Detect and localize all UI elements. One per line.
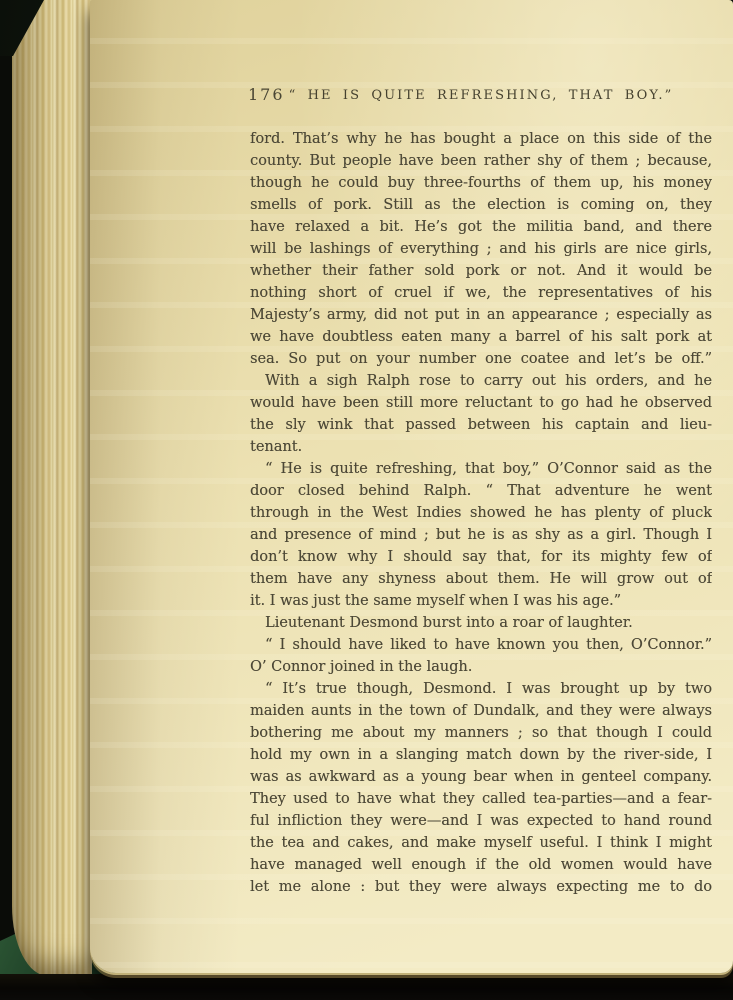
text-line: tenant. [250, 436, 712, 458]
text-line: the tea and cakes, and make myself usefu… [250, 832, 712, 854]
text-line: nothing short of cruel if we, the repres… [250, 282, 712, 304]
text-line: door closed behind Ralph. “ That adventu… [250, 480, 712, 502]
text-line: it. I was just the same myself when I wa… [250, 590, 712, 612]
text-line: “ He is quite refreshing, that boy,” O’C… [250, 458, 712, 480]
text-line: the sly wink that passed between his cap… [250, 414, 712, 436]
text-line: bothering me about my manners ; so that … [250, 722, 712, 744]
page-header: 176 “ HE IS QUITE REFRESHING, THAT BOY.” [250, 84, 712, 108]
text-line: let me alone : but they were always expe… [250, 876, 712, 898]
text-line: and presence of mind ; but he is as shy … [250, 524, 712, 546]
text-line: O’ Connor joined in the laugh. [250, 656, 712, 678]
text-line: Majesty’s army, did not put in an appear… [250, 304, 712, 326]
text-line: sea. So put on your number one coatee an… [250, 348, 712, 370]
text-line: They used to have what they called tea-p… [250, 788, 712, 810]
table-surface-strip [0, 974, 733, 1000]
text-line: maiden aunts in the town of Dundalk, and… [250, 700, 712, 722]
text-line: ford. That’s why he has bought a place o… [250, 128, 712, 150]
text-line: county. But people have been rather shy … [250, 150, 712, 172]
page-number: 176 [248, 85, 285, 104]
text-line: was as awkward as a young bear when in g… [250, 766, 712, 788]
book-photo-scene: 176 “ HE IS QUITE REFRESHING, THAT BOY.”… [0, 0, 733, 1000]
text-line: through in the West Indies showed he has… [250, 502, 712, 524]
text-line: have managed well enough if the old wome… [250, 854, 712, 876]
running-header: “ HE IS QUITE REFRESHING, THAT BOY.” [289, 88, 674, 103]
text-line: though he could buy three-fourths of the… [250, 172, 712, 194]
book-page: 176 “ HE IS QUITE REFRESHING, THAT BOY.”… [90, 0, 733, 973]
text-line: ful infliction they were—and I was expec… [250, 810, 712, 832]
text-line: “ It’s true though, Desmond. I was broug… [250, 678, 712, 700]
text-line: would have been still more reluctant to … [250, 392, 712, 414]
text-line: them have any shyness about them. He wil… [250, 568, 712, 590]
text-line: hold my own in a slanging match down by … [250, 744, 712, 766]
text-line: we have doubtless eaten many a barrel of… [250, 326, 712, 348]
text-line: will be lashings of everything ; and his… [250, 238, 712, 260]
page-edge-stack [12, 0, 92, 976]
text-line: Lieutenant Desmond burst into a roar of … [250, 612, 712, 634]
page-content: 176 “ HE IS QUITE REFRESHING, THAT BOY.”… [250, 84, 712, 898]
text-line: smells of pork. Still as the election is… [250, 194, 712, 216]
text-line: have relaxed a bit. He’s got the militia… [250, 216, 712, 238]
text-line: don’t know why I should say that, for it… [250, 546, 712, 568]
text-line: whether their father sold pork or not. A… [250, 260, 712, 282]
text-line: With a sigh Ralph rose to carry out his … [250, 370, 712, 392]
page-text: ford. That’s why he has bought a place o… [250, 128, 712, 898]
text-line: “ I should have liked to have known you … [250, 634, 712, 656]
